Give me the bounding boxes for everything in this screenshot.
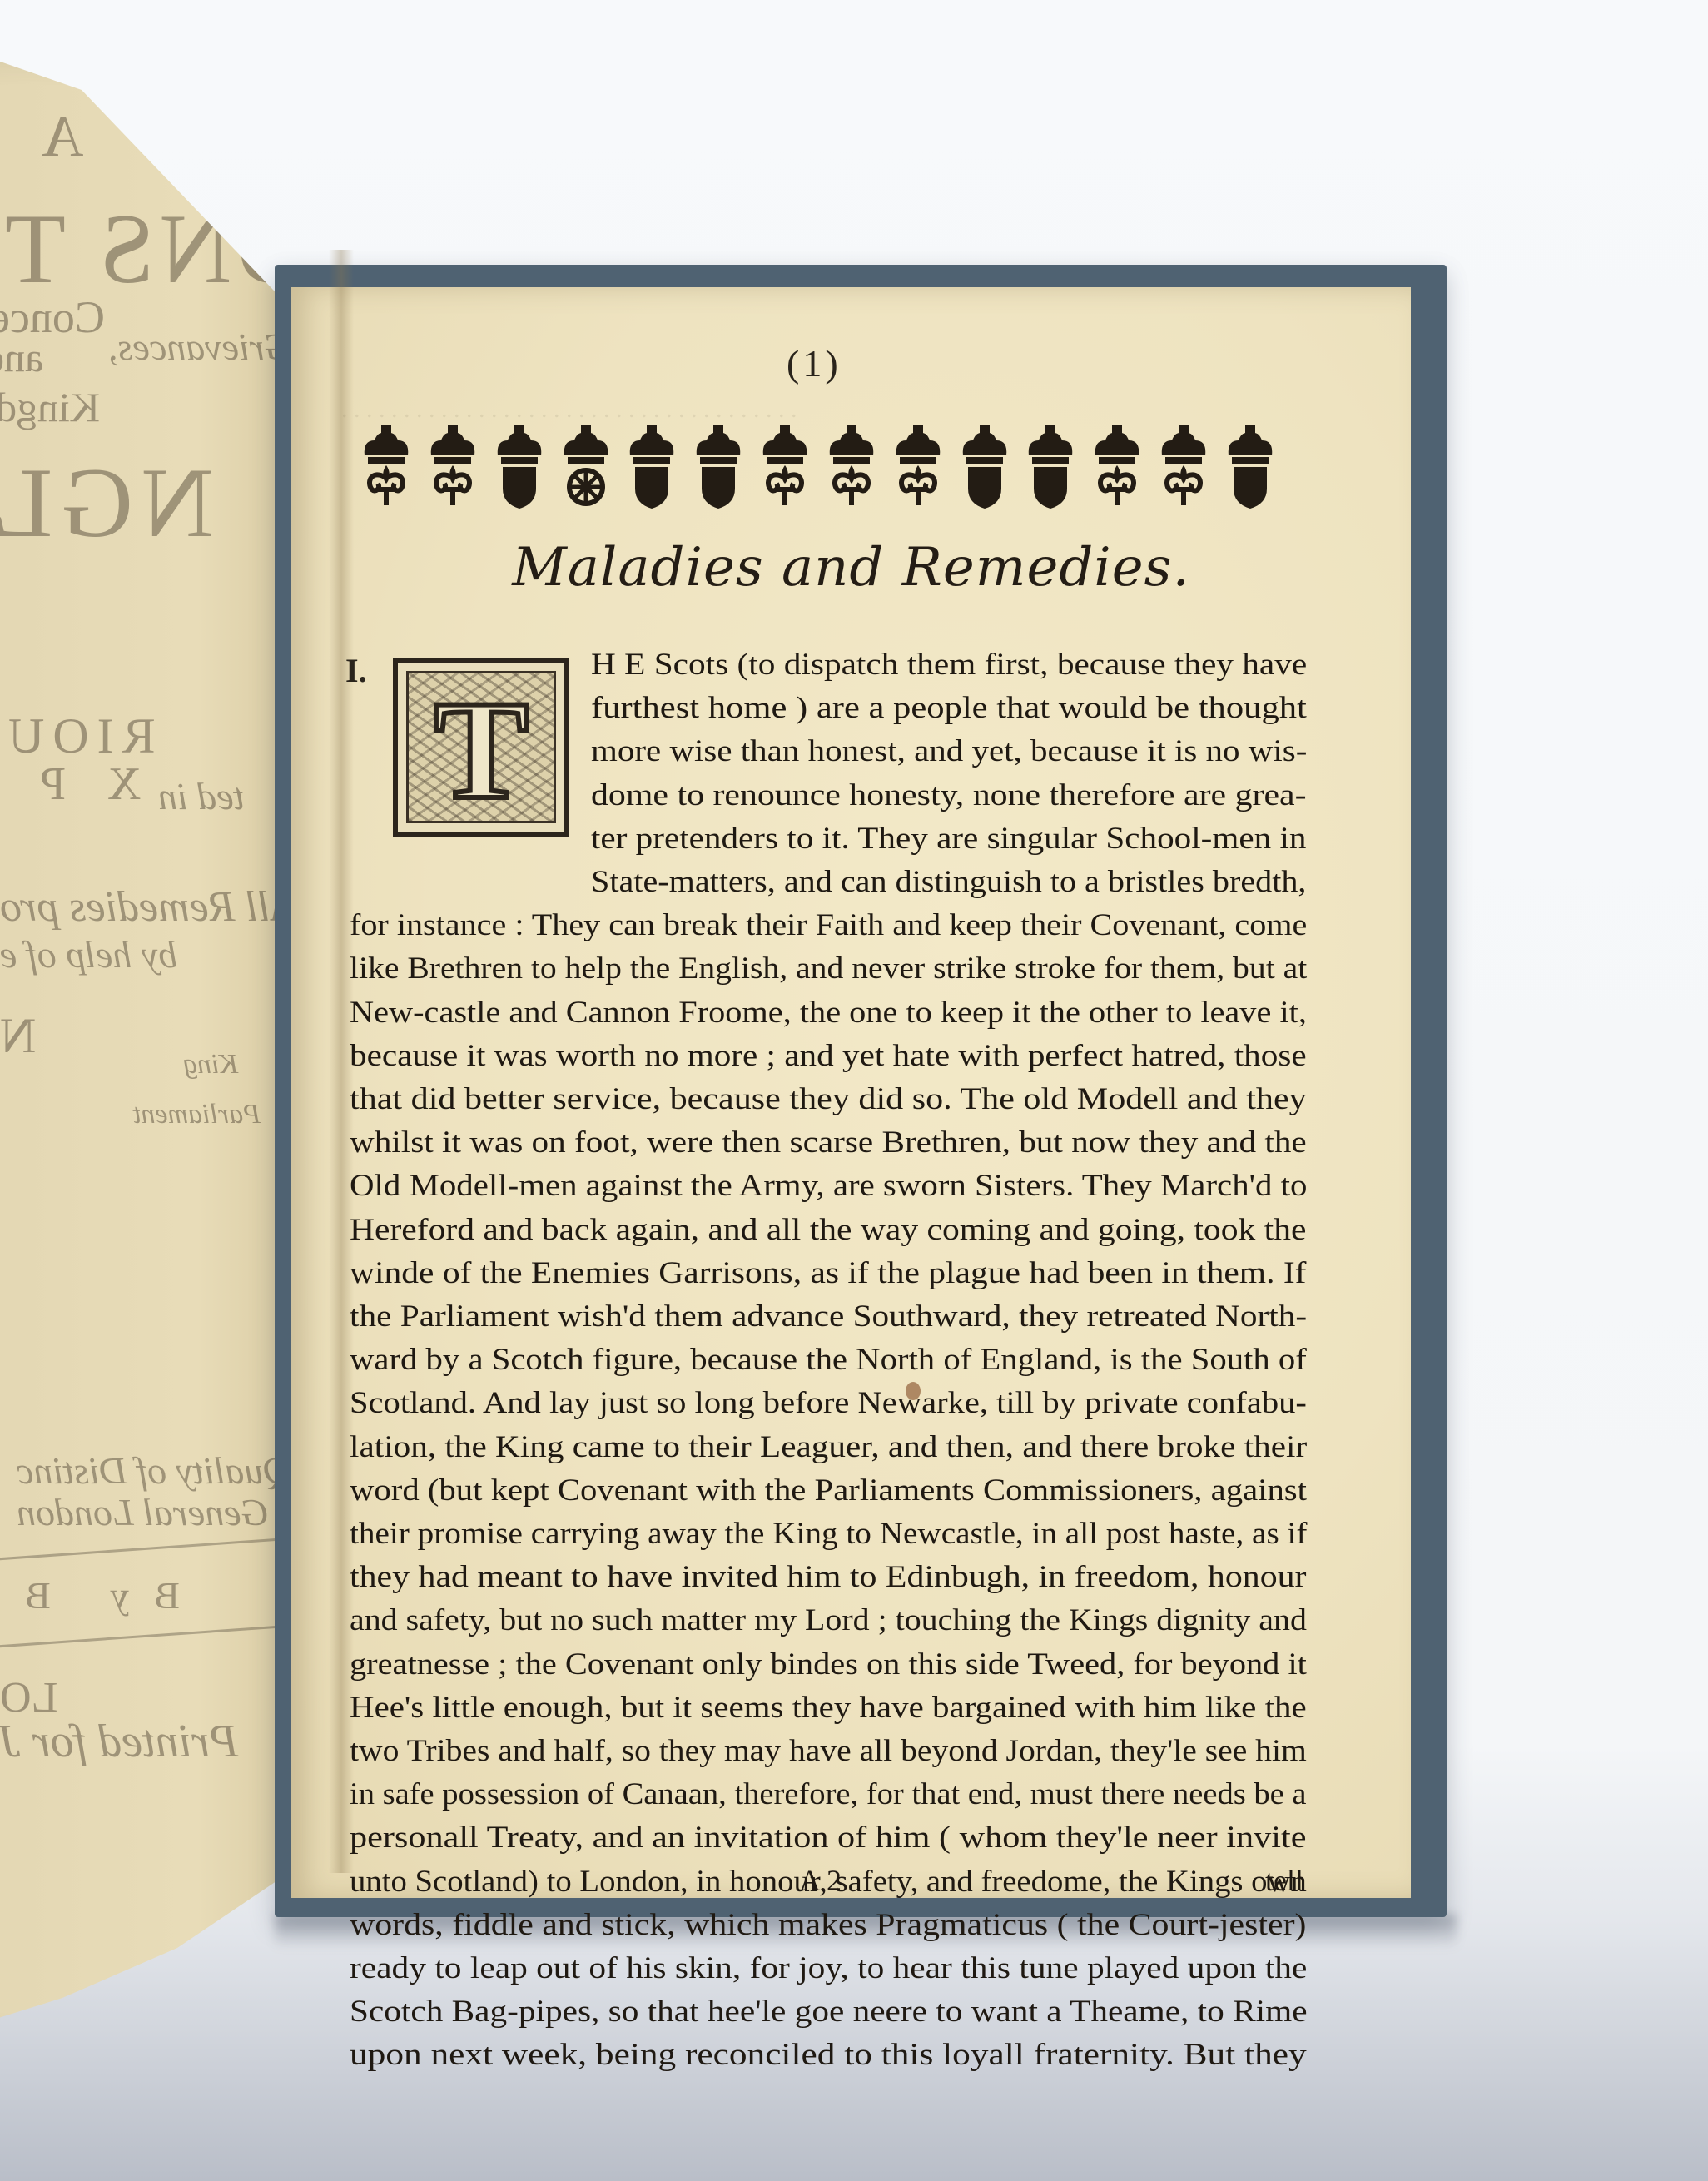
text-line: like Brethren to help the English, and n…: [350, 950, 1307, 986]
show-through-text: By B: [0, 1573, 180, 1617]
catchword: tell: [1265, 1863, 1303, 1898]
show-through-text: RIOU: [0, 708, 156, 765]
show-through-rule: [0, 1624, 300, 1650]
section-number: I.: [345, 651, 367, 690]
text-line: upon next week, being reconciled to this…: [350, 2036, 1307, 2073]
show-through-text: A: [42, 104, 84, 171]
text-line: New-castle and Cannon Froome, the one to…: [350, 994, 1307, 1031]
text-line: for instance : They can break their Fait…: [350, 907, 1307, 943]
text-line: ter pretenders to it. They are singular …: [591, 820, 1306, 857]
show-through-text: General London: [17, 1490, 269, 1534]
text-line: the Parliament wish'd them advance South…: [350, 1298, 1307, 1334]
show-through-text: Parliament: [133, 1099, 261, 1130]
text-line: ready to leap out of his skin, for joy, …: [350, 1950, 1307, 1986]
ink-stain: [906, 1382, 921, 1400]
show-through-rule: [0, 1537, 300, 1562]
text-line: they had meant to have invited him to Ed…: [350, 1558, 1307, 1595]
text-line: words, fiddle and stick, which makes Pra…: [350, 1906, 1306, 1943]
text-line: more wise than honest, and yet, because …: [591, 733, 1307, 769]
show-through-text: Quality of Distinc: [17, 1448, 291, 1493]
show-through-text: NGL: [0, 445, 214, 560]
show-through-text: All Remedies pro: [0, 882, 296, 932]
show-through-text: Grievances,: [108, 325, 292, 369]
text-line: Scotch Bag-pipes, so that hee'le goe nee…: [350, 1993, 1308, 2029]
show-through-text: by help of e: [0, 932, 177, 976]
text-line: dome to renounce honesty, none therefore…: [591, 777, 1307, 813]
text-line: two Tribes and half, so they may have al…: [350, 1732, 1307, 1769]
text-line: in safe possession of Canaan, therefore,…: [350, 1776, 1307, 1812]
text-line: and safety, but no such matter my Lord ;…: [350, 1602, 1307, 1638]
drop-cap-letter: T: [398, 671, 564, 829]
text-line: winde of the Enemies Garrisons, as if th…: [350, 1254, 1306, 1291]
show-through-text: X P: [25, 758, 142, 811]
show-through-text: ted in: [158, 774, 244, 818]
signature-mark: A 2: [799, 1863, 842, 1898]
text-line: because it was worth no more ; and yet h…: [350, 1037, 1307, 1074]
show-through-text: Kingdo: [0, 383, 100, 431]
text-line: Old Modell-men against the Army, are swo…: [350, 1167, 1307, 1204]
text-line: ward by a Scotch figure, because the Nor…: [350, 1341, 1307, 1378]
text-line: word (but kept Covenant with the Parliam…: [350, 1472, 1307, 1508]
text-line: greatnesse ; the Covenant only bindes on…: [350, 1646, 1307, 1682]
text-line: lation, the King came to their Leaguer, …: [350, 1428, 1307, 1465]
text-line: their promise carrying away the King to …: [350, 1515, 1307, 1552]
drop-cap-initial: T: [393, 658, 569, 837]
text-line: that did better service, because they di…: [350, 1081, 1307, 1117]
show-through-text: and: [0, 333, 43, 381]
text-line: personall Treaty, and an invitation of h…: [350, 1819, 1306, 1856]
text-line: Hee's little enough, but it seems they h…: [350, 1689, 1307, 1726]
text-line: State-matters, and can distinguish to a …: [591, 863, 1306, 900]
show-through-text: Printed for J: [0, 1715, 238, 1768]
text-line: Scotland. And lay just so long before Ne…: [350, 1384, 1307, 1421]
text-line: H E Scots (to dispatch them first, becau…: [591, 646, 1307, 683]
text-line: whilst it was on foot, were then scarse …: [350, 1124, 1307, 1160]
text-line: furthest home ) are a people that would …: [591, 689, 1307, 726]
page-title: Maladies and Remedies.: [291, 537, 1411, 599]
show-through-text: King: [183, 1049, 238, 1081]
text-line: Hereford and back again, and all the way…: [350, 1211, 1306, 1248]
show-through-text: N: [0, 1007, 36, 1065]
